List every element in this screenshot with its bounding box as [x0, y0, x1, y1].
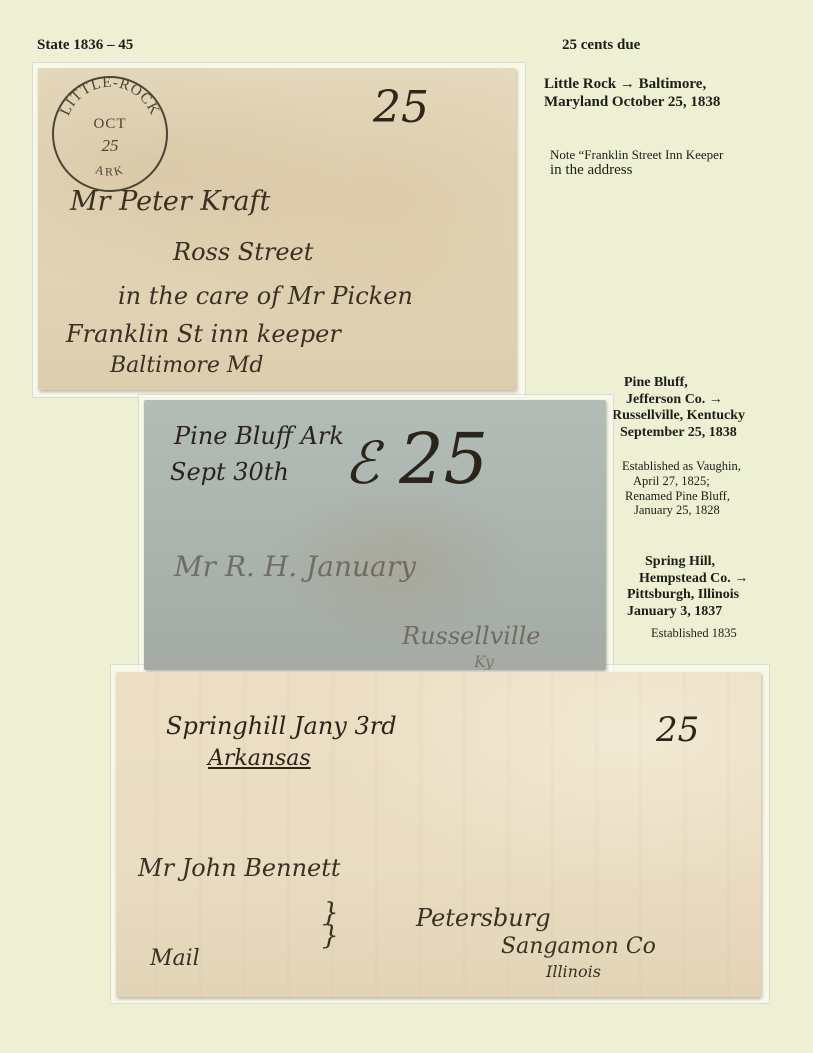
cover1-address-line5: Baltimore Md: [110, 353, 263, 378]
cover3-caption-line2: Hempstead Co. →: [627, 571, 748, 588]
cover2-address-line3: Ky: [474, 652, 494, 670]
cover3-caption-line4: January 3, 1837: [627, 604, 748, 621]
cover3-caption-line1: Spring Hill,: [627, 554, 748, 571]
cover1-note-line1: Note “Franklin Street Inn Keeper: [550, 147, 723, 162]
cover2-caption: Pine Bluff, Jefferson Co. → Russellville…: [612, 375, 802, 441]
cover1-note-line2: in the address: [550, 162, 723, 180]
cover2-caption-line1: Pine Bluff,: [612, 375, 802, 392]
rate-heading: 25 cents due: [562, 37, 640, 55]
cover3-address-line3: Sangamon Co: [501, 934, 656, 959]
cover2-rate-flourish: ℰ: [344, 429, 379, 497]
svg-text:LITTLE-ROCK: LITTLE-ROCK: [57, 78, 162, 118]
postmark-day: 25: [54, 136, 166, 156]
pine-bluff-manuscript-postmark-line1: Pine Bluff Ark: [174, 422, 344, 450]
cover2-address-line1: Mr R. H. January: [174, 550, 416, 583]
cover2-caption-line3: Russellville, Kentucky: [612, 408, 802, 425]
cover2-envelope: Pine Bluff Ark Sept 30th ℰ25 Mr R. H. Ja…: [144, 400, 606, 670]
cover3-caption: Spring Hill, Hempstead Co. → Pittsburgh,…: [627, 554, 748, 620]
postmark-state: ARK: [94, 162, 126, 178]
cover1-envelope: LITTLE-ROCK ARK OCT 25 25 Mr Peter Kraft…: [38, 68, 516, 390]
cover3-address-line2: Petersburg: [416, 904, 551, 932]
cover1-address-line3: in the care of Mr Picken: [118, 282, 413, 310]
cover3-brace-mark: }}: [322, 902, 339, 949]
cover1-route-line2: Maryland October 25, 1838: [544, 94, 720, 112]
postmark-ring-text: LITTLE-ROCK ARK: [54, 78, 166, 190]
svg-text:ARK: ARK: [94, 162, 126, 178]
cover3-address-line4: Illinois: [546, 962, 601, 981]
cover2-note: Established as Vaughin, April 27, 1825; …: [622, 459, 741, 518]
cover3-note: Established 1835: [651, 626, 737, 641]
cover1-address-line2: Ross Street: [173, 238, 313, 266]
cover3-docket: Mail: [150, 946, 200, 971]
cover1-route-line1: Little Rock → Baltimore,: [544, 76, 720, 94]
cover1-address-line4: Franklin St inn keeper: [66, 320, 341, 348]
postmark-town: LITTLE-ROCK: [57, 78, 162, 118]
cover2-rate-value: 25: [399, 418, 488, 500]
cover3-address-line1: Mr John Bennett: [138, 854, 341, 882]
cover1-note: Note “Franklin Street Inn Keeper in the …: [550, 147, 723, 180]
cover2-caption-line2: Jefferson Co. →: [612, 392, 802, 409]
cover1-address-line1: Mr Peter Kraft: [70, 186, 270, 217]
cover3-caption-line3: Pittsburgh, Illinois: [627, 587, 748, 604]
cover2-note-line2: April 27, 1825;: [622, 474, 741, 489]
cover2-note-line3: Renamed Pine Bluff,: [622, 489, 741, 504]
cover2-caption-line4: September 25, 1838: [612, 425, 802, 442]
page-title: State 1836 – 45: [37, 37, 133, 55]
cover2-note-line1: Established as Vaughin,: [622, 459, 741, 474]
spring-hill-manuscript-postmark-line2: Arkansas: [208, 746, 311, 771]
cover2-note-line4: January 25, 1828: [622, 503, 741, 518]
postmark-month: OCT: [54, 116, 166, 133]
cover2-rate-marking: ℰ25: [344, 418, 488, 500]
pine-bluff-manuscript-postmark-line2: Sept 30th: [170, 458, 289, 486]
cover2-address-line2: Russellville: [402, 622, 541, 650]
little-rock-postmark: LITTLE-ROCK ARK OCT 25: [52, 76, 168, 192]
spring-hill-manuscript-postmark-line1: Springhill Jany 3rd: [166, 712, 397, 740]
cover3-rate-marking: 25: [656, 710, 699, 750]
cover1-caption: Little Rock → Baltimore, Maryland Octobe…: [544, 76, 720, 111]
cover1-rate-marking: 25: [373, 82, 429, 133]
cover3-envelope: Springhill Jany 3rd Arkansas 25 Mr John …: [116, 672, 761, 997]
